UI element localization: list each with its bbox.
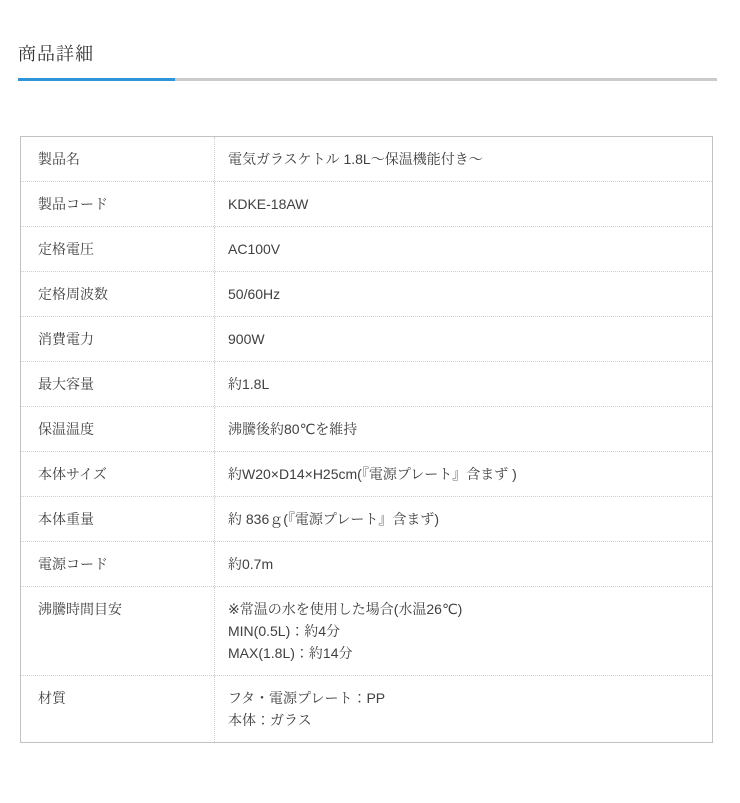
title-underline [18, 78, 717, 81]
spec-value: 約 836ｇ(『電源プレート』含まず) [215, 497, 712, 541]
spec-value-line: AC100V [228, 238, 702, 260]
table-row: 製品コードKDKE-18AW [21, 181, 712, 226]
spec-value: 約1.8L [215, 362, 712, 406]
spec-label: 消費電力 [21, 317, 215, 361]
spec-value: 沸騰後約80℃を維持 [215, 407, 712, 451]
spec-value-line: 約 836ｇ(『電源プレート』含まず) [228, 508, 702, 530]
spec-value-line: 沸騰後約80℃を維持 [228, 418, 702, 440]
spec-label: 本体サイズ [21, 452, 215, 496]
spec-value: 900W [215, 317, 712, 361]
spec-table: 製品名電気ガラスケトル 1.8L～保温機能付き～製品コードKDKE-18AW定格… [20, 136, 713, 743]
table-row: 沸騰時間目安※常温の水を使用した場合(水温26℃)MIN(0.5L)：約4分MA… [21, 586, 712, 675]
spec-value: KDKE-18AW [215, 182, 712, 226]
spec-value-line: フタ・電源プレート：PP [228, 687, 702, 709]
spec-value: フタ・電源プレート：PP本体：ガラス [215, 676, 712, 742]
spec-value-line: 約1.8L [228, 373, 702, 395]
spec-label: 保温温度 [21, 407, 215, 451]
spec-value-line: 50/60Hz [228, 283, 702, 305]
table-row: 電源コード約0.7m [21, 541, 712, 586]
table-row: 本体サイズ約W20×D14×H25cm(『電源プレート』含まず ) [21, 451, 712, 496]
spec-label: 沸騰時間目安 [21, 587, 215, 675]
spec-value: 50/60Hz [215, 272, 712, 316]
table-row: 定格電圧AC100V [21, 226, 712, 271]
spec-value-line: 本体：ガラス [228, 709, 702, 731]
spec-value-line: 900W [228, 328, 702, 350]
table-row: 本体重量約 836ｇ(『電源プレート』含まず) [21, 496, 712, 541]
spec-value-line: MIN(0.5L)：約4分 [228, 620, 702, 642]
table-row: 最大容量約1.8L [21, 361, 712, 406]
spec-value-line: MAX(1.8L)：約14分 [228, 642, 702, 664]
table-row: 定格周波数50/60Hz [21, 271, 712, 316]
spec-label: 定格周波数 [21, 272, 215, 316]
title-underline-accent [18, 78, 175, 81]
spec-value-line: 電気ガラスケトル 1.8L～保温機能付き～ [228, 148, 702, 170]
table-row: 材質フタ・電源プレート：PP本体：ガラス [21, 675, 712, 742]
spec-value-line: KDKE-18AW [228, 193, 702, 215]
product-detail-page: 商品詳細 製品名電気ガラスケトル 1.8L～保温機能付き～製品コードKDKE-1… [0, 0, 740, 803]
spec-label: 製品コード [21, 182, 215, 226]
spec-value-line: 約W20×D14×H25cm(『電源プレート』含まず ) [228, 463, 702, 485]
spec-label: 定格電圧 [21, 227, 215, 271]
spec-value-line: ※常温の水を使用した場合(水温26℃) [228, 598, 702, 620]
page-title: 商品詳細 [0, 0, 740, 66]
table-row: 製品名電気ガラスケトル 1.8L～保温機能付き～ [21, 137, 712, 181]
spec-label: 材質 [21, 676, 215, 742]
spec-value: ※常温の水を使用した場合(水温26℃)MIN(0.5L)：約4分MAX(1.8L… [215, 587, 712, 675]
table-row: 消費電力900W [21, 316, 712, 361]
spec-value: 約W20×D14×H25cm(『電源プレート』含まず ) [215, 452, 712, 496]
spec-label: 本体重量 [21, 497, 215, 541]
spec-value: 約0.7m [215, 542, 712, 586]
spec-label: 製品名 [21, 137, 215, 181]
spec-value: 電気ガラスケトル 1.8L～保温機能付き～ [215, 137, 712, 181]
spec-value: AC100V [215, 227, 712, 271]
table-row: 保温温度沸騰後約80℃を維持 [21, 406, 712, 451]
spec-label: 最大容量 [21, 362, 215, 406]
spec-value-line: 約0.7m [228, 553, 702, 575]
spec-label: 電源コード [21, 542, 215, 586]
